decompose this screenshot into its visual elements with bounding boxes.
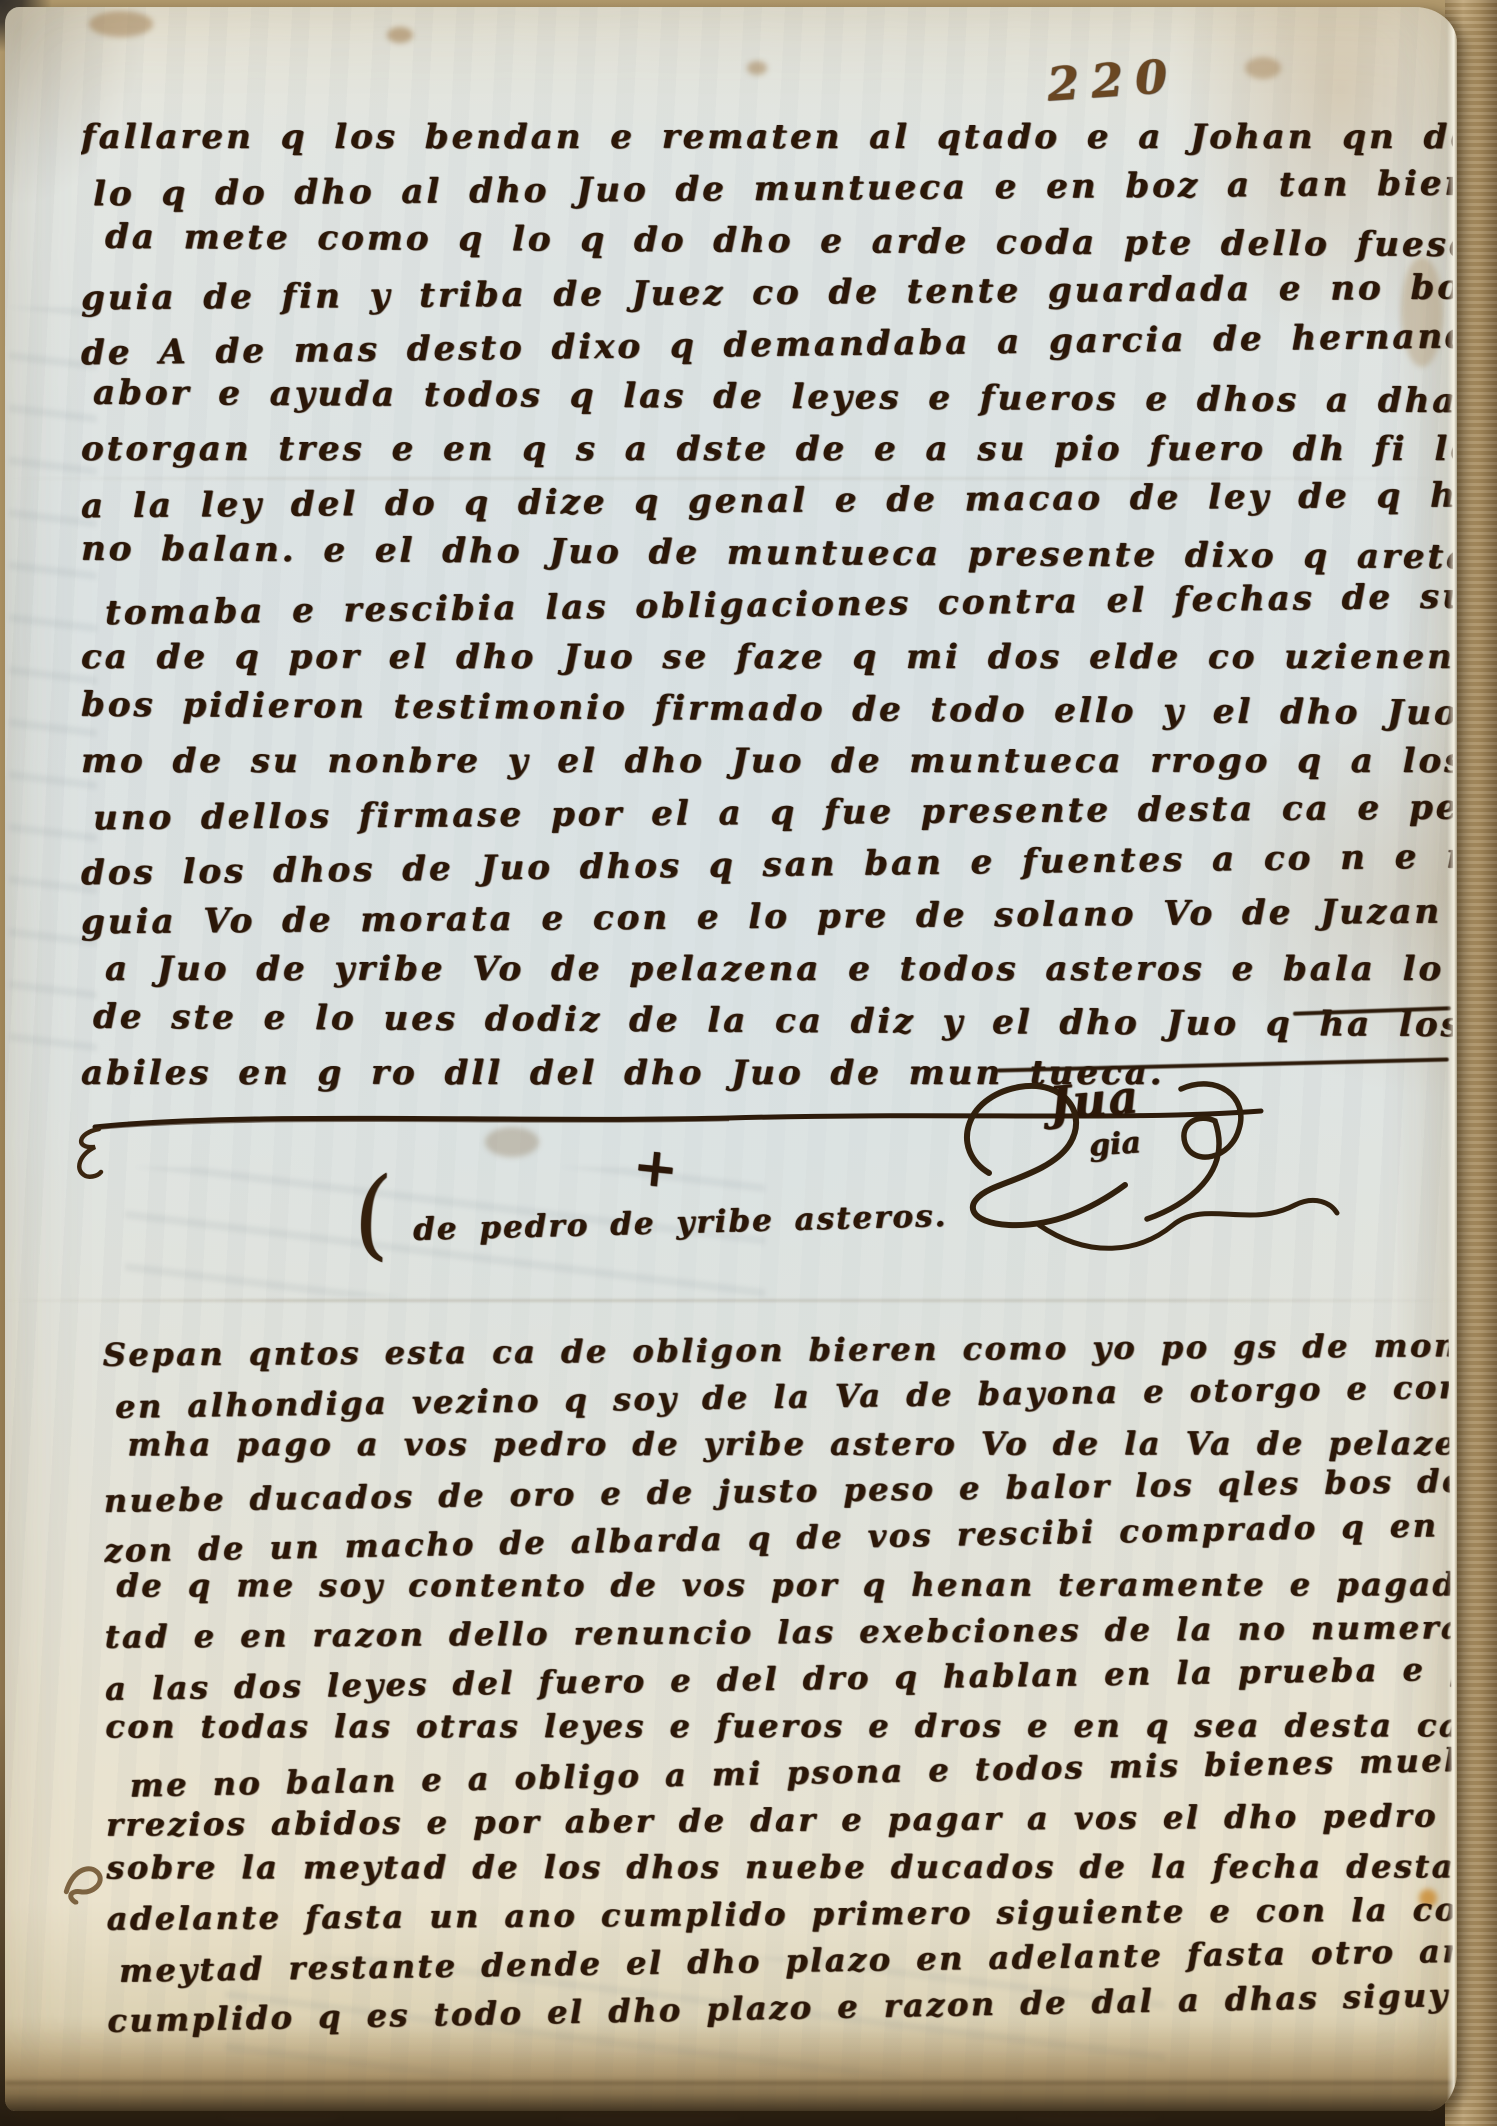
manuscript-line: mo de su nonbre y el dho Juo de muntueca… — [81, 735, 1453, 787]
manuscript-line: de q me soy contento de vos por q henan … — [116, 1561, 1450, 1609]
manuscript-line: sobre la meytad de los dhos nuebe ducado… — [106, 1843, 1452, 1891]
manuscript-line: abor e ayuda todos q las de leyes e fuer… — [93, 367, 1453, 427]
signature-rubric-text: gia — [1088, 1125, 1142, 1164]
manuscript-line: a la ley del do q dize q genal e de maca… — [81, 470, 1453, 533]
flourish-hook — [67, 1123, 111, 1187]
manuscript-line: fallaren q los bendan e rematen al qtado… — [81, 111, 1453, 163]
signature-rubric-flourish — [943, 1055, 1343, 1265]
bottom-edge-mark — [1020, 2110, 1160, 2124]
manuscript-line: a Juo de yribe Vo de pelazena e todos as… — [105, 943, 1453, 995]
manuscript-line: ca de q por el dho Juo se faze q mi dos … — [81, 631, 1453, 683]
cross-mark: + — [630, 1133, 682, 1201]
manuscript-line: otorgan tres e en q s a dste de e a su p… — [81, 423, 1453, 475]
manuscript-line: de ste e lo ues dodiz de la ca diz y el … — [93, 991, 1453, 1051]
stain — [89, 11, 153, 37]
water-stain-tideline — [5, 2081, 1457, 2085]
text-block-1: fallaren q los bendan e rematen al qtado… — [81, 111, 1453, 1099]
stain — [387, 27, 413, 43]
folio-number: 220 — [1045, 48, 1180, 111]
manuscript-line: bos pidieron testimonio firmado de todo … — [81, 679, 1453, 739]
manuscript-line: guia Vo de morata e con e lo pre de sola… — [81, 886, 1453, 949]
manuscript-line: tomaba e rescibia las obligaciones contr… — [105, 571, 1454, 639]
text-block-2: Sepan qntos esta ca de obligon bieren co… — [103, 1322, 1454, 2036]
manuscript-page: 220 fallaren q los bendan e rematen al q… — [5, 7, 1457, 2111]
manuscript-photo: 220 fallaren q los bendan e rematen al q… — [0, 0, 1497, 2126]
paper-crease — [5, 1299, 1457, 1302]
margin-mark-icon — [56, 1856, 114, 1907]
manuscript-line: da mete como q lo q do dho e arde coda p… — [105, 211, 1453, 271]
manuscript-line: lo q do dho al dho Juo de muntueca e en … — [93, 158, 1453, 221]
stain — [747, 61, 767, 75]
signature-block: Jua gia — [943, 1055, 1343, 1265]
stain — [1245, 57, 1281, 79]
signature-name: Jua — [1047, 1069, 1142, 1131]
